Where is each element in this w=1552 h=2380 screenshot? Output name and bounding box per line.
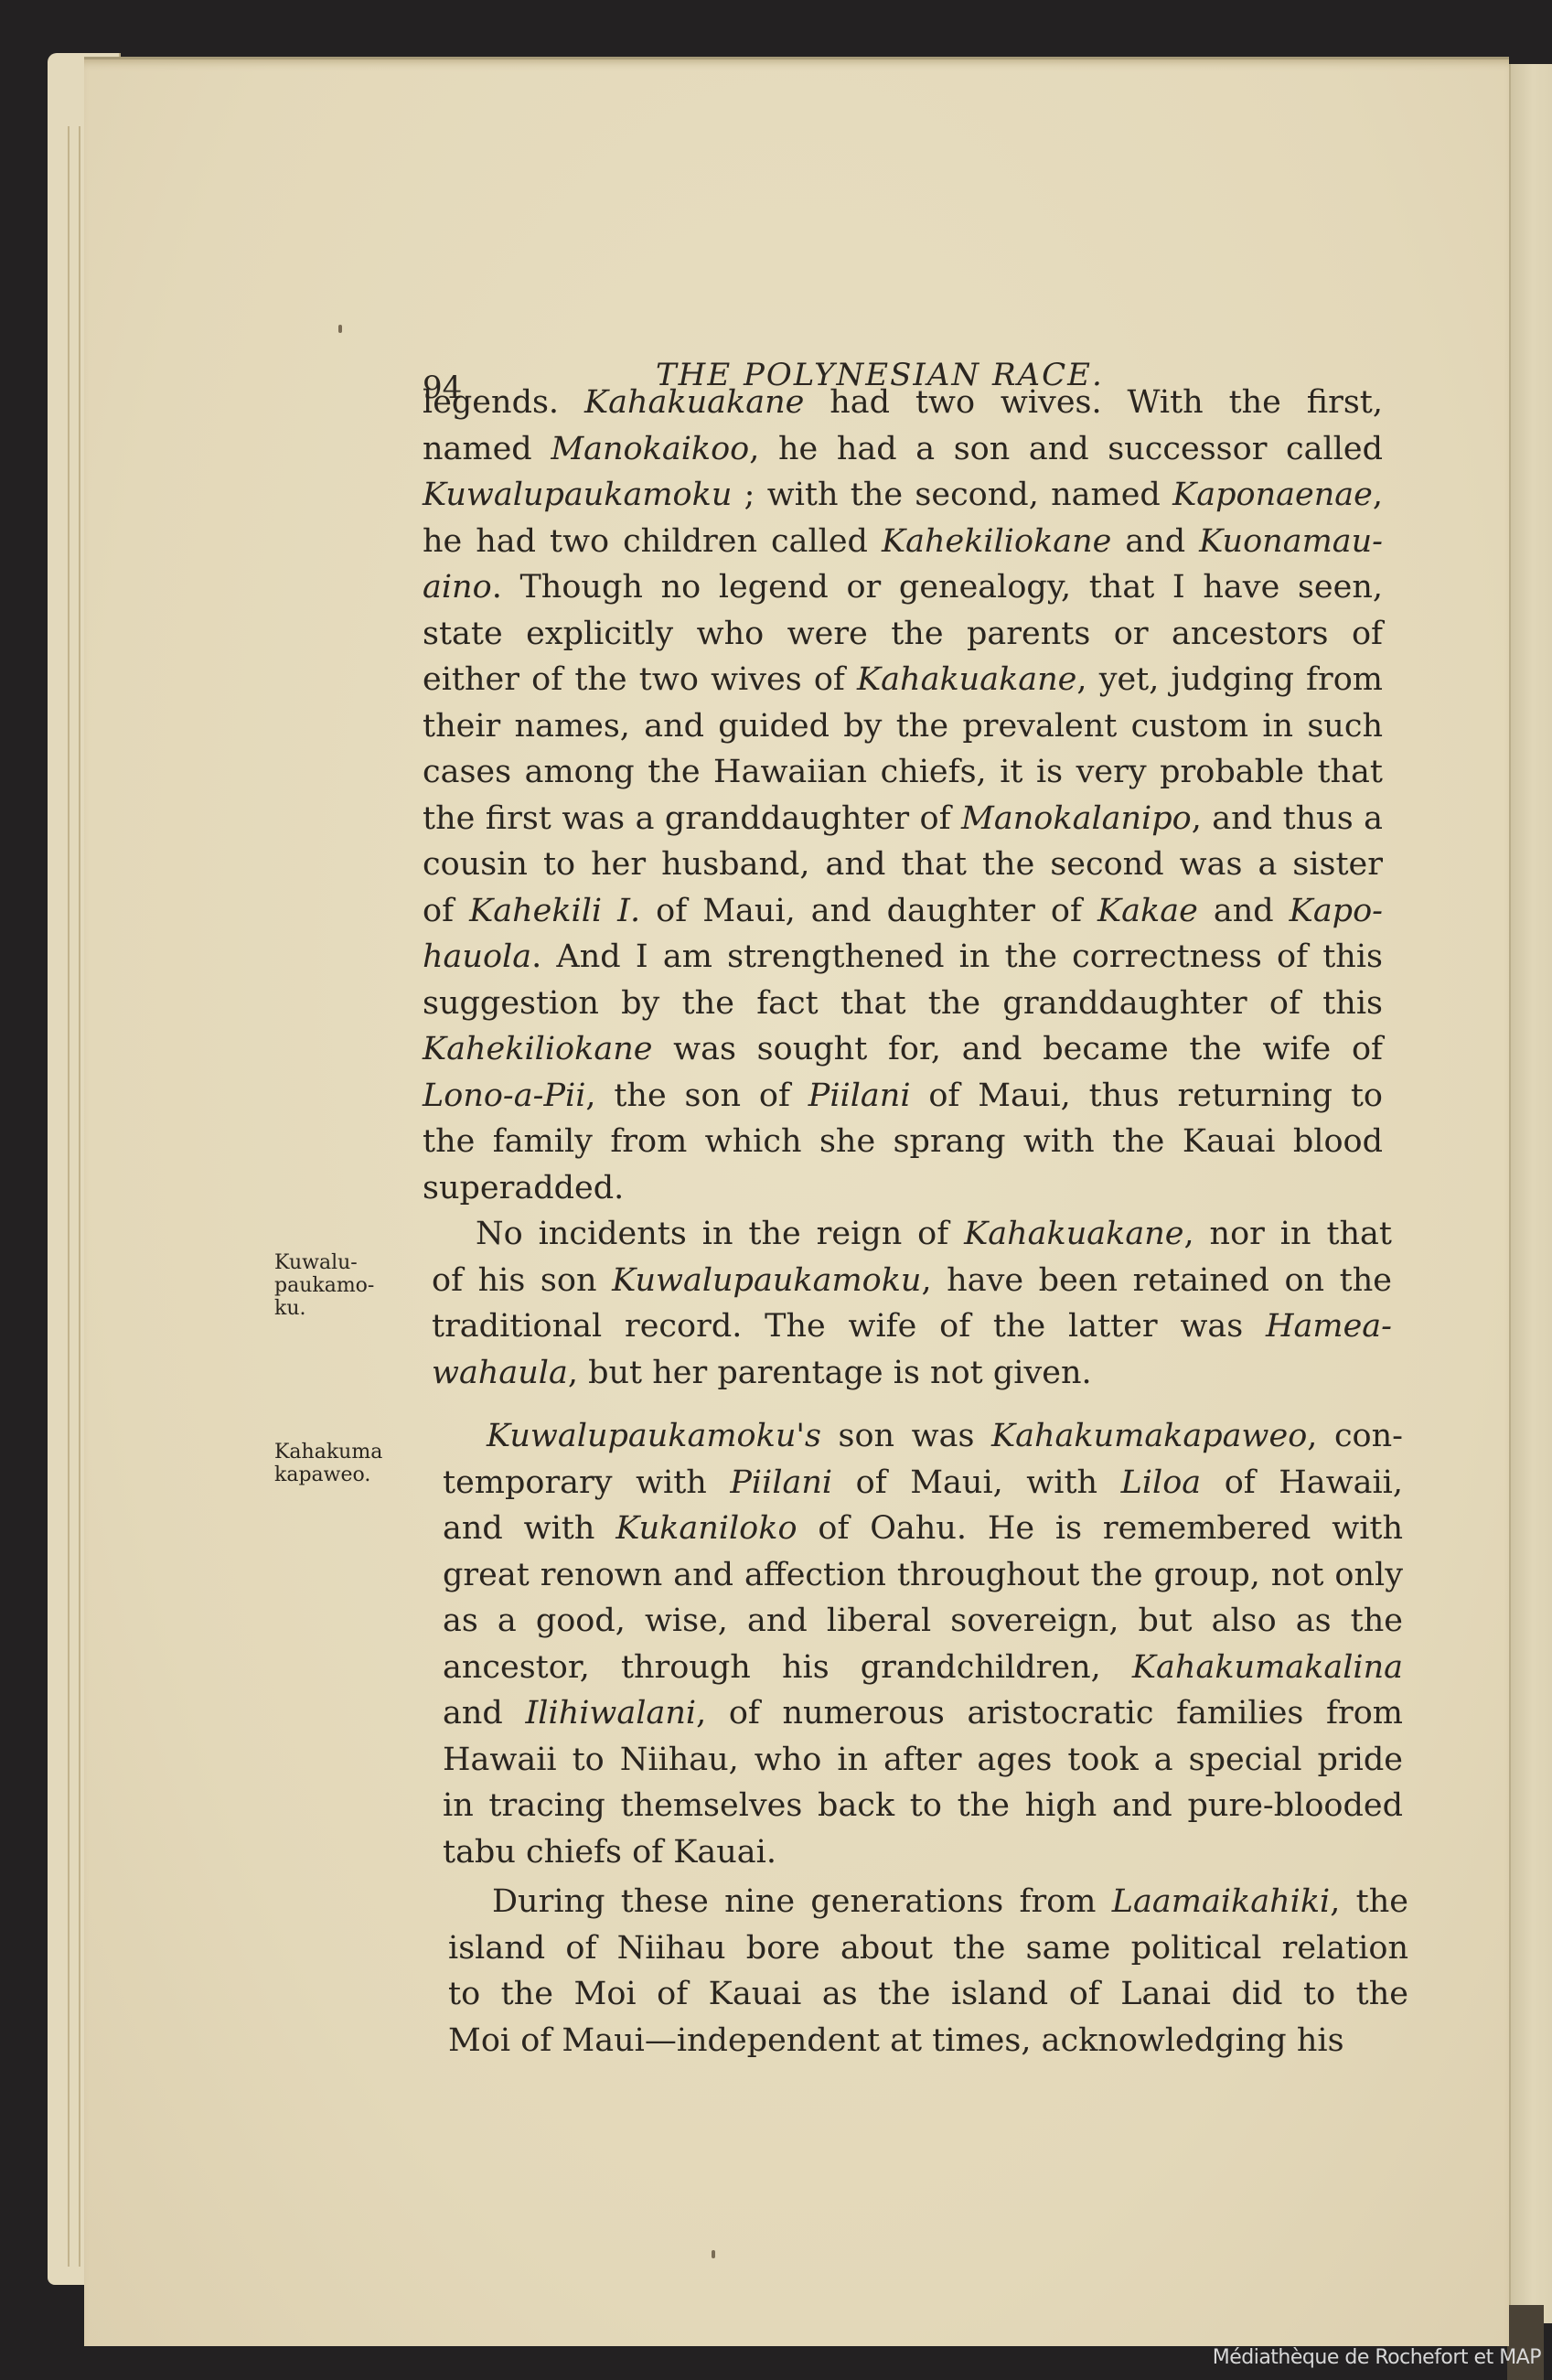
- text-line: named Manokaikoo, he had a son and succe…: [423, 426, 1383, 473]
- text-line: Moi of Maui—independent at times, acknow…: [448, 2018, 1408, 2064]
- text-line: in tracing themselves back to the high a…: [443, 1783, 1403, 1829]
- text-line: hauola. And I am strengthened in the cor…: [423, 934, 1383, 981]
- text-run: ancestor, through his grandchildren,: [443, 1649, 1132, 1686]
- text-line: suggestion by the fact that the granddau…: [423, 981, 1383, 1027]
- text-run: , the: [1330, 1883, 1408, 1920]
- italic-name: Laamaikahiki: [1112, 1883, 1330, 1920]
- italic-name: Liloa: [1121, 1464, 1202, 1501]
- sheet-edge-line: [79, 126, 80, 2267]
- text-line: island of Niihau bore about the same pol…: [448, 1925, 1408, 1972]
- text-line: the first was a granddaughter of Manokal…: [423, 796, 1383, 842]
- text-run: of Maui, with: [832, 1464, 1120, 1501]
- sidenote-kahakumakapaweo: Kahakumakapaweo.: [274, 1441, 382, 1486]
- text-run: and: [1111, 523, 1199, 560]
- text-run: of Maui, and daughter of: [640, 893, 1097, 929]
- text-run: the first was a granddaughter of: [423, 800, 961, 837]
- text-run: either of the two wives of: [423, 661, 857, 698]
- text-run: , he had a son and successor called: [749, 431, 1383, 467]
- text-line: either of the two wives of Kahakuakane, …: [423, 657, 1383, 703]
- italic-name: Kakae: [1097, 893, 1198, 929]
- text-run: , have been retained on the: [921, 1262, 1392, 1299]
- text-run: , con-: [1307, 1418, 1403, 1454]
- text-line: tabu chiefs of Kauai.: [443, 1829, 1403, 1876]
- italic-name: Kuwalupaukamoku: [423, 477, 732, 513]
- italic-name: aino: [423, 569, 492, 606]
- text-run: ; with the second, named: [732, 477, 1172, 513]
- text-run: No incidents in the reign of: [476, 1216, 964, 1252]
- paragraph-genealogy: legends. Kahakuakane had two wives. With…: [423, 380, 1383, 1211]
- text-run: son was: [821, 1418, 991, 1454]
- text-line: of Kahekili I. of Maui, and daughter of …: [423, 888, 1383, 935]
- text-line: No incidents in the reign of Kahakuakane…: [432, 1211, 1392, 1258]
- text-run: . And I am strengthened in the correctne…: [531, 938, 1383, 975]
- text-line: their names, and guided by the prevalent…: [423, 703, 1383, 750]
- text-run: of: [423, 893, 469, 929]
- text-line: During these nine generations from Laama…: [448, 1879, 1408, 1925]
- sidenote-line: kapaweo.: [274, 1463, 382, 1486]
- text-line: cases among the Hawaiian chiefs, it is v…: [423, 749, 1383, 796]
- text-run: great renown and affection throughout th…: [443, 1557, 1403, 1593]
- text-run: was sought for, and became the wife of: [652, 1031, 1383, 1067]
- text-run: Moi of Maui—independent at times, acknow…: [448, 2022, 1344, 2059]
- text-line: Lono-a-Pii, the son of Piilani of Maui, …: [423, 1073, 1383, 1120]
- text-run: , but her parentage is not given.: [568, 1355, 1092, 1391]
- text-run: , yet, judging from: [1076, 661, 1383, 698]
- text-run: superadded.: [423, 1170, 624, 1206]
- text-run: legends.: [423, 384, 584, 421]
- italic-name: Kapo-: [1290, 893, 1383, 929]
- sidenote-line: Kahakuma: [274, 1441, 382, 1463]
- text-run: , the son of: [585, 1077, 808, 1114]
- text-line: cousin to her husband, and that the seco…: [423, 842, 1383, 888]
- text-run: , and thus a: [1192, 800, 1383, 837]
- sidenote-line: Kuwalu-: [274, 1251, 374, 1274]
- italic-name: hauola: [423, 938, 531, 975]
- text-run: tabu chiefs of Kauai.: [443, 1834, 776, 1871]
- italic-name: Kahekiliokane: [423, 1031, 652, 1067]
- text-line: Kuwalupaukamoku's son was Kahakumakapawe…: [443, 1413, 1403, 1460]
- text-line: Hawaii to Niihau, who in after ages took…: [443, 1737, 1403, 1784]
- italic-name: Manokalanipo: [961, 800, 1192, 837]
- italic-name: Kahakumakapaweo: [991, 1418, 1307, 1454]
- text-run: state explicitly who were the parents or…: [423, 616, 1383, 652]
- text-run: as a good, wise, and liberal sovereign, …: [443, 1603, 1403, 1639]
- text-run: cousin to her husband, and that the seco…: [423, 846, 1383, 883]
- text-line: and with Kukaniloko of Oahu. He is remem…: [443, 1506, 1403, 1552]
- text-line: state explicitly who were the parents or…: [423, 611, 1383, 658]
- text-run: ,: [1373, 477, 1383, 513]
- text-run: of Hawaii,: [1201, 1464, 1403, 1501]
- library-watermark: Médiathèque de Rochefort et MAP: [1213, 2346, 1541, 2369]
- italic-name: Ilihiwalani: [525, 1695, 696, 1731]
- text-run: Hawaii to Niihau, who in after ages took…: [443, 1742, 1403, 1778]
- paragraph-kahakumakapaweo: Kuwalupaukamoku's son was Kahakumakapawe…: [443, 1413, 1403, 1875]
- text-run: cases among the Hawaiian chiefs, it is v…: [423, 754, 1383, 790]
- text-run: the family from which she sprang with th…: [423, 1123, 1383, 1160]
- text-line: and Ilihiwalani, of numerous aristocrati…: [443, 1690, 1403, 1737]
- text-run: to the Moi of Kauai as the island of Lan…: [448, 1976, 1408, 2012]
- text-run: in tracing themselves back to the high a…: [443, 1787, 1403, 1824]
- text-run: island of Niihau bore about the same pol…: [448, 1930, 1408, 1967]
- text-line: great renown and affection throughout th…: [443, 1552, 1403, 1599]
- paper-speck: [338, 325, 342, 333]
- text-line: of his son Kuwalupaukamoku, have been re…: [432, 1258, 1392, 1304]
- italic-name: Piilani: [730, 1464, 832, 1501]
- text-run: , nor in that: [1183, 1216, 1392, 1252]
- text-run: During these nine generations from: [492, 1883, 1112, 1920]
- paragraph-niihau: During these nine generations from Laama…: [448, 1879, 1408, 2064]
- italic-name: Manokaikoo: [551, 431, 749, 467]
- italic-name: Kuonamau-: [1199, 523, 1383, 560]
- paper-speck: [712, 2250, 715, 2258]
- text-run: suggestion by the fact that the granddau…: [423, 985, 1383, 1022]
- italic-name: Piilani: [808, 1077, 911, 1114]
- italic-name: Kahakuakane: [584, 384, 804, 421]
- text-run: had two wives. With the first,: [804, 384, 1383, 421]
- text-run: of Oahu. He is remembered with: [797, 1510, 1403, 1547]
- text-line: temporary with Piilani of Maui, with Lil…: [443, 1460, 1403, 1506]
- italic-name: Kaponaenae: [1172, 477, 1373, 513]
- italic-name: Kahakuakane: [964, 1216, 1183, 1252]
- text-run: of Maui, thus returning to: [911, 1077, 1383, 1114]
- paragraph-no-incidents: No incidents in the reign of Kahakuakane…: [432, 1211, 1392, 1396]
- text-line: aino. Though no legend or genealogy, tha…: [423, 564, 1383, 611]
- text-line: legends. Kahakuakane had two wives. With…: [423, 380, 1383, 426]
- text-run: named: [423, 431, 551, 467]
- text-line: traditional record. The wife of the latt…: [432, 1303, 1392, 1350]
- text-run: temporary with: [443, 1464, 730, 1501]
- italic-name: Kahakuakane: [857, 661, 1076, 698]
- text-line: Kahekiliokane was sought for, and became…: [423, 1026, 1383, 1073]
- italic-name: Lono-a-Pii: [423, 1077, 585, 1114]
- text-run: their names, and guided by the prevalent…: [423, 708, 1383, 745]
- sidenote-line: ku.: [274, 1297, 374, 1320]
- text-run: and with: [443, 1510, 615, 1547]
- text-line: Kuwalupaukamoku ; with the second, named…: [423, 472, 1383, 519]
- text-line: he had two children called Kahekiliokane…: [423, 519, 1383, 565]
- italic-name: Kuwalupaukamoku's: [487, 1418, 821, 1454]
- italic-name: Kahekili I.: [469, 893, 640, 929]
- text-line: wahaula, but her parentage is not given.: [432, 1350, 1392, 1397]
- sidenote-kuwalupaukamoku: Kuwalu-paukamo-ku.: [274, 1251, 374, 1320]
- italic-name: Hamea-: [1266, 1308, 1392, 1345]
- text-run: , of numerous aristocratic families from: [696, 1695, 1403, 1731]
- text-run: he had two children called: [423, 523, 882, 560]
- italic-name: Kahakumakalina: [1132, 1649, 1403, 1686]
- italic-name: Kuwalupaukamoku: [612, 1262, 921, 1299]
- book-page: 94 THE POLYNESIAN RACE. legends. Kahakua…: [84, 57, 1509, 2346]
- text-run: of his son: [432, 1262, 612, 1299]
- text-run: and: [443, 1695, 525, 1731]
- italic-name: Kahekiliokane: [882, 523, 1111, 560]
- italic-name: wahaula: [432, 1355, 568, 1391]
- text-line: as a good, wise, and liberal sovereign, …: [443, 1598, 1403, 1645]
- text-line: ancestor, through his grandchildren, Kah…: [443, 1645, 1403, 1691]
- text-line: superadded.: [423, 1165, 1383, 1212]
- italic-name: Kukaniloko: [615, 1510, 797, 1547]
- text-run: and: [1198, 893, 1290, 929]
- text-line: the family from which she sprang with th…: [423, 1119, 1383, 1165]
- sidenote-line: paukamo-: [274, 1274, 374, 1297]
- text-run: . Though no legend or genealogy, that I …: [492, 569, 1383, 606]
- adjacent-page-edge: [1509, 64, 1552, 2323]
- sheet-edge-line: [68, 126, 70, 2267]
- text-line: to the Moi of Kauai as the island of Lan…: [448, 1971, 1408, 2018]
- text-run: traditional record. The wife of the latt…: [432, 1308, 1266, 1345]
